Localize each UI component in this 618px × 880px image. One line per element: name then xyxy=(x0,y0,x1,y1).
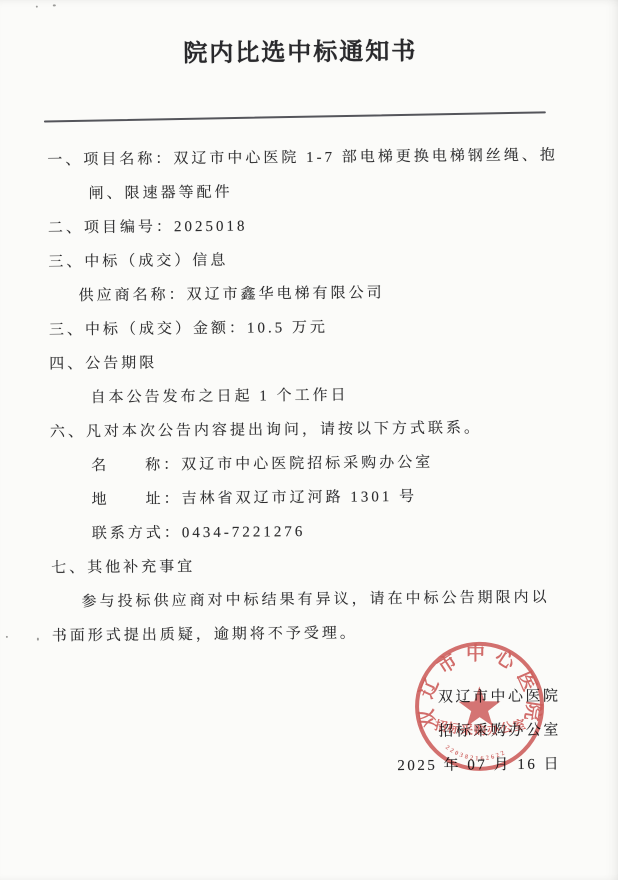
line-project-name: 一、项目名称：双辽市中心医院 1-7 部电梯更换电梯钢丝绳、抱 xyxy=(47,138,615,177)
line-inquiry-heading: 六、凡对本次公告内容提出询问，请按以下方式联系。 xyxy=(50,410,618,449)
svg-text:双辽市中心医院: 双辽市中心医院 xyxy=(414,641,547,732)
line-project-number: 二、项目编号：2025018 xyxy=(48,206,616,245)
line-contact-address: 地 址：吉林省双辽市辽河路 1301 号 xyxy=(91,478,618,517)
document-content: 院内比选中标通知书 一、项目名称：双辽市中心医院 1-7 部电梯更换电梯钢丝绳、… xyxy=(0,0,618,880)
doc-body: 一、项目名称：双辽市中心医院 1-7 部电梯更换电梯钢丝绳、抱 闸、限速器等配件… xyxy=(0,138,618,654)
doc-title: 院内比选中标通知书 xyxy=(0,0,614,71)
title-divider-line xyxy=(44,111,546,122)
line-award-amount: 三、中标（成交）金额：10.5 万元 xyxy=(49,308,617,347)
scanned-document-page: 院内比选中标通知书 一、项目名称：双辽市中心医院 1-7 部电梯更换电梯钢丝绳、… xyxy=(0,0,618,880)
official-seal-stamp: 双辽市中心医院 招标采购办公室 220382162622 xyxy=(399,626,561,788)
scan-speck xyxy=(36,6,38,8)
svg-text:220382162622: 220382162622 xyxy=(444,743,508,762)
line-objection-text-1: 参与投标供应商对中标结果有异议，请在中标公告期限内以 xyxy=(81,580,618,619)
line-contact-name: 名 称：双辽市中心医院招标采购办公室 xyxy=(91,444,618,483)
line-announcement-period: 自本公告发布之日起 1 个工作日 xyxy=(90,376,617,415)
line-supplier-name: 供应商名称：双辽市鑫华电梯有限公司 xyxy=(78,274,616,313)
line-contact-phone: 联系方式：0434-7221276 xyxy=(92,512,618,551)
line-project-name-cont: 闸、限速器等配件 xyxy=(88,172,615,211)
scan-speck xyxy=(53,4,56,6)
line-award-info-heading: 三、中标（成交）信息 xyxy=(48,240,616,279)
star-icon xyxy=(458,686,500,726)
seal-office-text: 招标采购办公室 xyxy=(432,716,528,738)
seal-arc-text: 双辽市中心医院 xyxy=(414,641,547,732)
scan-speck xyxy=(6,636,8,638)
line-other-matters-heading: 七、其他补充事宜 xyxy=(51,546,618,585)
line-announcement-period-heading: 四、公告期限 xyxy=(49,342,617,381)
svg-text:招标采购办公室: 招标采购办公室 xyxy=(432,716,528,738)
scan-speck xyxy=(37,638,39,641)
seal-serial-number: 220382162622 xyxy=(444,743,508,762)
